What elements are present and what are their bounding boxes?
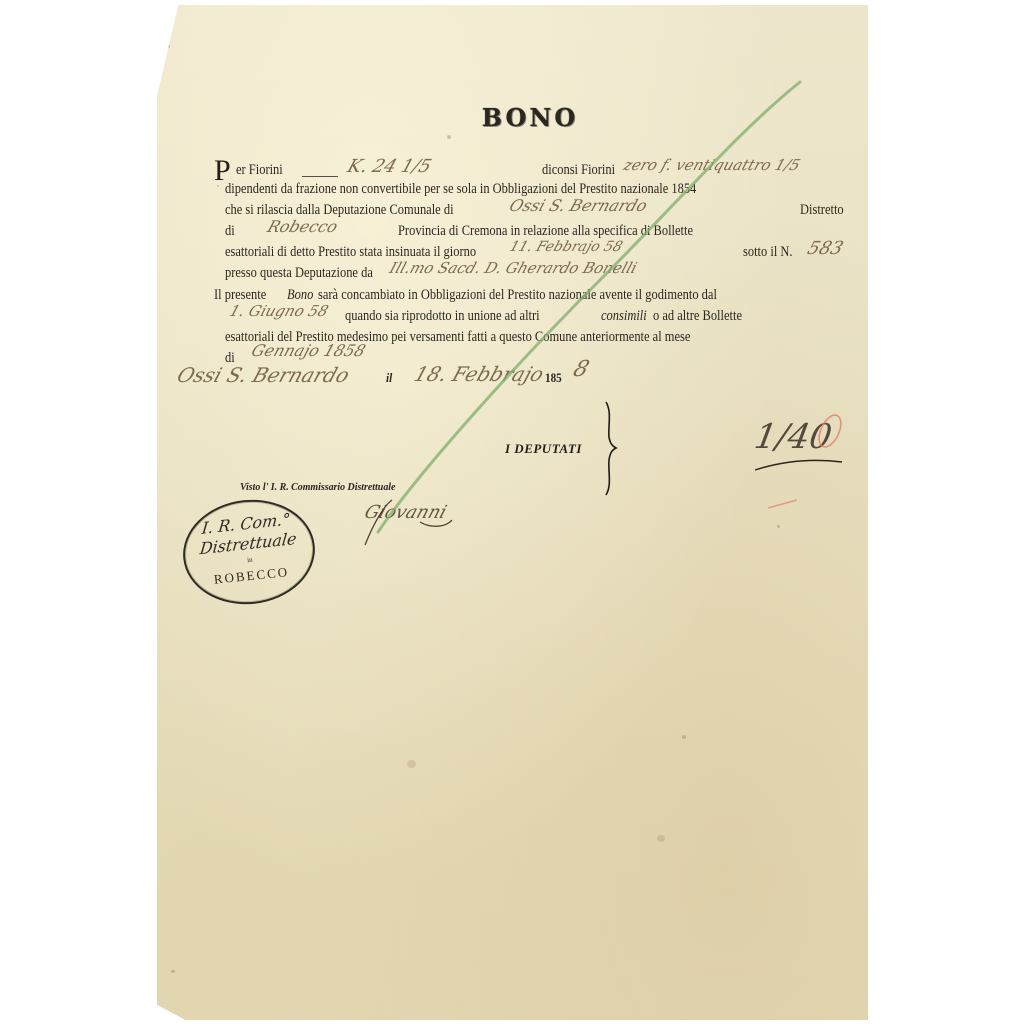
handwritten-depositor-name: Ill.mo Sacd. D. Gherardo Bonelli xyxy=(388,261,639,276)
handwritten-date: 18. Febbrajo xyxy=(412,364,547,384)
text-year-prefix: 185 xyxy=(545,371,562,384)
handwritten-amount-words: zero f. ventiquattro 1/5 xyxy=(622,158,802,173)
text-line-3a: che si rilascia dalla Deputazione Comuna… xyxy=(225,203,454,218)
text-diconsi-fiorini: diconsi Fiorini xyxy=(542,163,615,178)
handwritten-insinuation-date: 11. Febbrajo 58 xyxy=(508,240,625,254)
visto-label: Visto l' I. R. Commissario Distrettuale xyxy=(240,481,395,493)
text-consimili-italic: consimili xyxy=(601,309,647,324)
handwritten-place: Ossi S. Bernardo xyxy=(175,365,352,385)
text-per-fiorini: er Fiorini xyxy=(236,163,283,178)
visto-text: Visto l' I. R. Commissario Distrettuale xyxy=(240,481,395,493)
text-line-8b: o ad altre Bollette xyxy=(653,309,742,324)
deputati-label: I DEPUTATI xyxy=(505,441,582,457)
handwritten-godimento-date: 1. Giugno 58 xyxy=(228,304,331,319)
handwritten-amount: K. 24 1/5 xyxy=(345,158,433,176)
margin-note: 1/40 xyxy=(752,420,834,454)
text-di: di xyxy=(225,224,235,239)
text-distretto: Distretto xyxy=(800,203,844,218)
text-line-7a: Il presente xyxy=(214,288,266,303)
text-line-7b: sarà concambiato in Obbligazioni del Pre… xyxy=(318,288,717,303)
handwritten-month: Gennajo 1858 xyxy=(249,343,367,359)
document-title: BONO xyxy=(470,103,590,132)
commissario-signature: Giovanni xyxy=(362,504,449,522)
text-line-8a: quando sia riprodotto in unione ad altri xyxy=(345,309,540,324)
text-sotto-il-n: sotto il N. xyxy=(743,245,793,260)
fill-line xyxy=(302,176,338,177)
text-bono-italic: Bono xyxy=(287,288,313,303)
text-line-2: dipendenti da frazione non convertibile … xyxy=(225,182,696,197)
handwritten-distretto: Robecco xyxy=(265,219,339,235)
text-line-6a: presso questa Deputazione da xyxy=(225,266,373,281)
text-line-5a: esattoriali di detto Prestito stata insi… xyxy=(225,245,476,260)
text-il: il xyxy=(386,371,392,384)
handwritten-comune: Ossi S. Bernardo xyxy=(507,198,649,214)
text-line-4b: Provincia di Cremona in relazione alla s… xyxy=(398,224,693,239)
handwritten-number: 583 xyxy=(805,240,845,258)
